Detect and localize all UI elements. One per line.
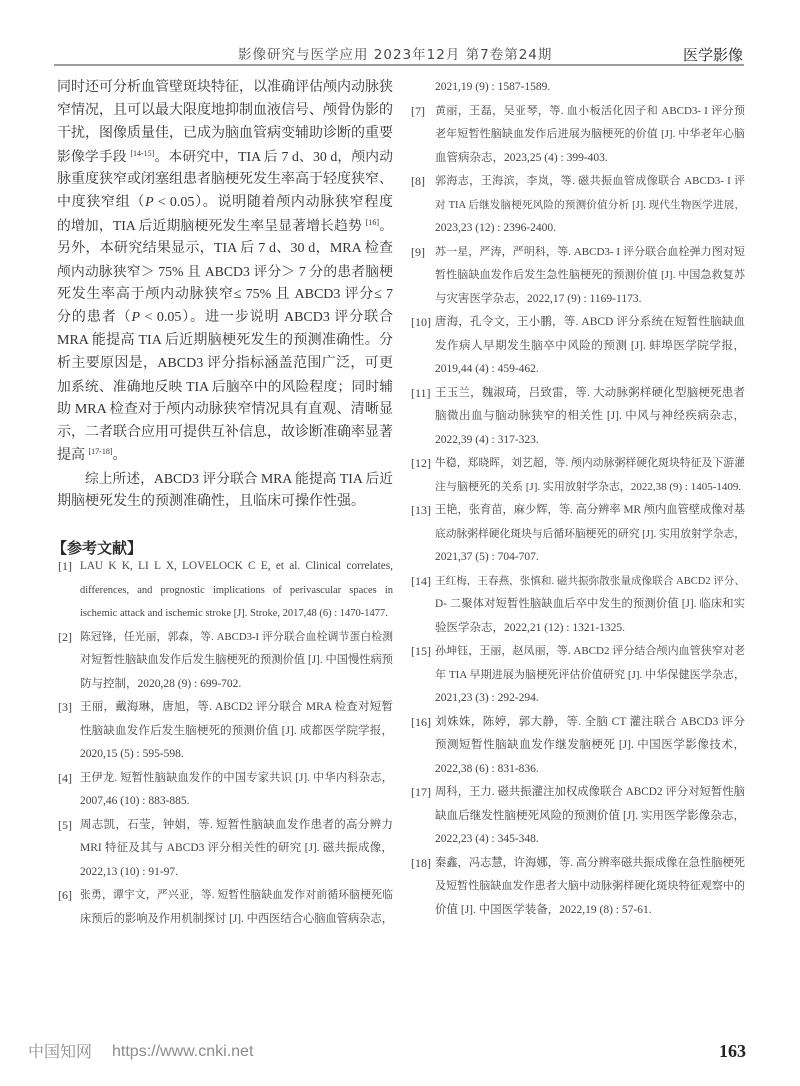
- body-line: 示，二者联合应用可提供互补信息，故诊断准确率显著: [57, 421, 393, 444]
- reference-item: [2] 陈冠锋，任光丽，郭森，等. ABCD3-I 评分联合血栓调节蛋白检测 对…: [57, 626, 393, 697]
- reference-line: LAU K K, LI L X, LOVELOCK C E, et al. Cl…: [80, 555, 393, 579]
- reference-item: [18] 秦鑫，冯志慧，许海娜，等. 高分辨率磁共振成像在急性脑梗死 及短暂性脑…: [410, 852, 745, 923]
- reference-line: 2021,23 (3) : 292-294.: [435, 687, 745, 711]
- reference-line: 对 TIA 后继发脑梗死风险的预测价值分析 [J]. 现代生物医学进展，: [435, 194, 745, 218]
- reference-line: 陈冠锋，任光丽，郭森，等. ABCD3-I 评分联合血栓调节蛋白检测: [80, 626, 393, 650]
- reference-number: [9]: [411, 241, 425, 265]
- reference-number: [16]: [411, 711, 431, 735]
- reference-item: [7] 黄丽，王磊，吴亚琴，等. 血小板活化因子和 ABCD3- I 评分预测 …: [410, 100, 745, 171]
- header-divider: [54, 64, 744, 66]
- reference-item: [4] 王伊龙. 短暂性脑缺血发作的中国专家共识 [J]. 中华内科杂志， 20…: [57, 767, 393, 814]
- reference-number: [6]: [58, 884, 72, 908]
- reference-item: [15] 孙坤钰，王丽，赵凤丽，等. ABCD2 评分结合颅内血管狭窄对老 年 …: [410, 640, 745, 711]
- reference-item: [17] 周科，王力. 磁共振灌注加权成像联合 ABCD2 评分对短暂性脑 缺血…: [410, 781, 745, 852]
- reference-number: [8]: [411, 170, 425, 194]
- reference-line: 周志凯，石莹，钟娟，等. 短暂性脑缺血发作患者的高分辨力: [80, 814, 393, 838]
- line-text: 。: [113, 448, 127, 463]
- reference-number: [11]: [411, 382, 431, 406]
- reference-number: [2]: [58, 626, 72, 650]
- line-text: 提高: [57, 448, 89, 463]
- reference-item: [10] 唐海，孔令文，王小鹏，等. ABCD 评分系统在短暂性脑缺血 发作病人…: [410, 311, 745, 382]
- reference-line: ischemic attack and ischemic stroke [J].…: [80, 602, 393, 626]
- reference-item: [14] 王红梅，王春燕，张慎和. 磁共振弥散张量成像联合 ABCD2 评分、 …: [410, 570, 745, 641]
- body-line: 颅内动脉狭窄＞ 75% 且 ABCD3 评分＞ 7 分的患者脑梗: [57, 260, 393, 283]
- reference-item: [6] 张勇，谭宇文，严兴亚，等. 短暂性脑缺血发作对前循环脑梗死临 床预后的影…: [57, 884, 393, 931]
- body-line: 同时还可分析血管壁斑块特征，以准确评估颅内动脉狭: [57, 76, 393, 99]
- reference-number: [3]: [58, 696, 72, 720]
- reference-line: 郭海志，王海滨，李岚，等. 磁共振血管成像联合 ABCD3- I 评分: [435, 170, 745, 194]
- body-line: 加系统、准确地反映 TIA 后脑卒中的风险程度；同时辅: [57, 375, 393, 398]
- reference-line: 暂性脑缺血发作后发生急性脑梗死的预测价值 [J]. 中国急救复苏: [435, 264, 745, 288]
- reference-number: [1]: [58, 555, 72, 579]
- body-line: 助 MRA 检查对于颅内动脉狭窄情况具有直观、清晰显: [57, 398, 393, 421]
- line-text: 的增加，TIA 后近期脑梗死发生率呈显著增长趋势: [57, 218, 366, 233]
- journal-info: 影像研究与医学应用 2023年12月 第7卷第24期: [238, 46, 552, 64]
- reference-line: 注与脑梗死的关系 [J]. 实用放射学杂志，2022,38 (9) : 1405…: [435, 476, 745, 500]
- body-line: 析主要原因是，ABCD3 评分指标涵盖范围广泛，可更: [57, 352, 393, 375]
- reference-item: [8] 郭海志，王海滨，李岚，等. 磁共振血管成像联合 ABCD3- I 评分 …: [410, 170, 745, 241]
- reference-line: 验医学杂志，2022,21 (12) : 1321-1325.: [435, 617, 745, 641]
- reference-line: 苏一星，严涛，严明科，等. ABCD3- I 评分联合血栓弹力图对短: [435, 241, 745, 265]
- reference-line: 周科，王力. 磁共振灌注加权成像联合 ABCD2 评分对短暂性脑: [435, 781, 745, 805]
- body-line: 的增加，TIA 后近期脑梗死发生率呈显著增长趋势 [16]。: [57, 214, 393, 237]
- reference-line: 及短暂性脑缺血发作患者大脑中动脉粥样硬化斑块特征观察中的: [435, 875, 745, 899]
- body-line: 死发生率高于颅内动脉狭窄≤ 75% 且 ABCD3 评分≤ 7: [57, 283, 393, 306]
- reference-line: 刘姝姝，陈婷，郭大静，等. 全脑 CT 灌注联合 ABCD3 评分: [435, 711, 745, 735]
- reference-line: 2022,39 (4) : 317-323.: [435, 429, 745, 453]
- reference-line: 唐海，孔令文，王小鹏，等. ABCD 评分系统在短暂性脑缺血: [435, 311, 745, 335]
- reference-line: 发作病人早期发生脑卒中风险的预测 [J]. 蚌埠医学院学报，: [435, 335, 745, 359]
- reference-item: [1] LAU K K, LI L X, LOVELOCK C E, et al…: [57, 555, 393, 626]
- reference-line: 底动脉粥样硬化斑块与后循环脑梗死的研究 [J]. 实用放射学杂志，: [435, 523, 745, 547]
- reference-line: 王丽，戴海琳，唐旭，等. ABCD2 评分联合 MRA 检查对短暂: [80, 696, 393, 720]
- reference-item: [11] 王玉兰，魏淑琦，吕致雷，等. 大动脉粥样硬化型脑梗死患者 脑微出血与脑…: [410, 382, 745, 453]
- section-title: 医学影像: [683, 45, 743, 65]
- reference-line: 王伊龙. 短暂性脑缺血发作的中国专家共识 [J]. 中华内科杂志，: [80, 767, 393, 791]
- reference-line: 老年短暂性脑缺血发作后进展为脑梗死的价值 [J]. 中华老年心脑: [435, 123, 745, 147]
- reference-line: differences, and prognostic implications…: [80, 579, 393, 603]
- reference-line: 孙坤钰，王丽，赵凤丽，等. ABCD2 评分结合颅内血管狭窄对老: [435, 640, 745, 664]
- reference-line: 血管病杂志，2023,25 (4) : 399-403.: [435, 147, 745, 171]
- reference-item: [13] 王艳，张育苗，麻少辉，等. 高分辨率 MR 颅内血管壁成像对基 底动脉…: [410, 499, 745, 570]
- reference-number: [14]: [411, 570, 431, 594]
- reference-line: 对短暂性脑缺血发作后发生脑梗死的预测价值 [J]. 中国慢性病预: [80, 649, 393, 673]
- reference-number: [7]: [411, 100, 425, 124]
- reference-list-left: [1] LAU K K, LI L X, LOVELOCK C E, et al…: [57, 555, 393, 931]
- body-text: 同时还可分析血管壁斑块特征，以准确评估颅内动脉狭 窄情况，且可以最大限度地抑制血…: [57, 76, 393, 513]
- reference-number: [15]: [411, 640, 431, 664]
- reference-line: 2019,44 (4) : 459-462.: [435, 358, 745, 382]
- reference-line: 2020,15 (5) : 595-598.: [80, 743, 393, 767]
- reference-line: 性脑缺血发作后发生脑梗死的预测价值 [J]. 成都医学院学报，: [80, 720, 393, 744]
- reference-item: [3] 王丽，戴海琳，唐旭，等. ABCD2 评分联合 MRA 检查对短暂 性脑…: [57, 696, 393, 767]
- reference-number: [13]: [411, 499, 431, 523]
- line-text: < 0.05）。进一步说明 ABCD3 评分联合: [140, 310, 393, 325]
- reference-line: MRI 特征及其与 ABCD3 评分相关性的研究 [J]. 磁共振成像，: [80, 837, 393, 861]
- body-line: 综上所述，ABCD3 评分联合 MRA 能提高 TIA 后近: [57, 467, 393, 490]
- reference-line: 2021,37 (5) : 704-707.: [435, 546, 745, 570]
- reference-line: 黄丽，王磊，吴亚琴，等. 血小板活化因子和 ABCD3- I 评分预测: [435, 100, 745, 124]
- cnki-site-name: 中国知网: [28, 1042, 92, 1062]
- body-line: 另外，本研究结果显示，TIA 后 7 d、30 d，MRA 检查: [57, 237, 393, 260]
- citation-superscript[interactable]: [14-15]: [130, 149, 154, 158]
- line-text: 分的患者（: [57, 310, 132, 325]
- reference-number: [17]: [411, 781, 431, 805]
- line-text: 中度狭窄组（: [57, 195, 145, 210]
- citation-superscript[interactable]: [16]: [366, 218, 379, 227]
- reference-number: [18]: [411, 852, 431, 876]
- body-line: 中度狭窄组（P < 0.05）。说明随着颅内动脉狭窄程度: [57, 191, 393, 214]
- line-text: < 0.05）。说明随着颅内动脉狭窄程度: [154, 195, 393, 210]
- reference-item-continued: 2021,19 (9) : 1587-1589.: [410, 76, 745, 100]
- line-text: 。: [379, 218, 393, 233]
- reference-line: 与灾害医学杂志，2022,17 (9) : 1169-1173.: [435, 288, 745, 312]
- body-line: 分的患者（P < 0.05）。进一步说明 ABCD3 评分联合: [57, 306, 393, 329]
- reference-line: 王艳，张育苗，麻少辉，等. 高分辨率 MR 颅内血管壁成像对基: [435, 499, 745, 523]
- page-number: 163: [719, 1040, 746, 1062]
- body-line: 影像学手段 [14-15]。本研究中，TIA 后 7 d、30 d，颅内动: [57, 145, 393, 168]
- reference-item: [5] 周志凯，石莹，钟娟，等. 短暂性脑缺血发作患者的高分辨力 MRI 特征及…: [57, 814, 393, 885]
- reference-item: [12] 牛稳，郑晓晖，刘艺超，等. 颅内动脉粥样硬化斑块特征及下游灌 注与脑梗…: [410, 452, 745, 499]
- reference-line: 缺血后继发性脑梗死风险的预测价值 [J]. 实用医学影像杂志，: [435, 805, 745, 829]
- reference-line: 2007,46 (10) : 883-885.: [80, 790, 393, 814]
- reference-number: [12]: [411, 452, 431, 476]
- line-text: 。本研究中，TIA 后 7 d、30 d，颅内动: [154, 149, 393, 164]
- reference-line: 牛稳，郑晓晖，刘艺超，等. 颅内动脉粥样硬化斑块特征及下游灌: [435, 452, 745, 476]
- body-line: 期脑梗死发生的预测准确性，且临床可操作性强。: [57, 490, 393, 513]
- p-value-symbol: P: [132, 310, 141, 325]
- body-line: MRA 能提高 TIA 后近期脑梗死发生的预测准确性。分: [57, 329, 393, 352]
- reference-item: [16] 刘姝姝，陈婷，郭大静，等. 全脑 CT 灌注联合 ABCD3 评分 预…: [410, 711, 745, 782]
- body-line: 干扰，图像质量佳，已成为脑血管病变辅助诊断的重要: [57, 122, 393, 145]
- reference-line: 张勇，谭宇文，严兴亚，等. 短暂性脑缺血发作对前循环脑梗死临: [80, 884, 393, 908]
- reference-number: [5]: [58, 814, 72, 838]
- reference-line: 脑微出血与脑动脉狭窄的相关性 [J]. 中风与神经疾病杂志，: [435, 405, 745, 429]
- reference-line: 2022,13 (10) : 91-97.: [80, 861, 393, 885]
- body-line: 脉重度狭窄或闭塞组患者脑梗死发生率高于轻度狭窄、: [57, 168, 393, 191]
- reference-line: 2023,23 (12) : 2396-2400.: [435, 217, 745, 241]
- reference-line: 防与控制，2020,28 (9) : 699-702.: [80, 673, 393, 697]
- reference-number: [10]: [411, 311, 431, 335]
- line-text: 影像学手段: [57, 149, 130, 164]
- reference-line: 秦鑫，冯志慧，许海娜，等. 高分辨率磁共振成像在急性脑梗死: [435, 852, 745, 876]
- cnki-url-link[interactable]: https://www.cnki.net: [112, 1042, 253, 1062]
- reference-line: 2022,23 (4) : 345-348.: [435, 828, 745, 852]
- reference-line: 价值 [J]. 中国医学装备，2022,19 (8) : 57-61.: [435, 899, 745, 923]
- reference-line: 王玉兰，魏淑琦，吕致雷，等. 大动脉粥样硬化型脑梗死患者: [435, 382, 745, 406]
- reference-line: 2021,19 (9) : 1587-1589.: [435, 76, 745, 100]
- reference-line: 2022,38 (6) : 831-836.: [435, 758, 745, 782]
- reference-line: 预测短暂性脑缺血发作继发脑梗死 [J]. 中国医学影像技术，: [435, 734, 745, 758]
- citation-superscript[interactable]: [17-18]: [89, 447, 113, 456]
- reference-number: [4]: [58, 767, 72, 791]
- body-line: 提高 [17-18]。: [57, 444, 393, 467]
- reference-item: [9] 苏一星，严涛，严明科，等. ABCD3- I 评分联合血栓弹力图对短 暂…: [410, 241, 745, 312]
- reference-line: D- 二聚体对短暂性脑缺血后卒中发生的预测价值 [J]. 临床和实: [435, 593, 745, 617]
- reference-line: 年 TIA 早期进展为脑梗死评估价值研究 [J]. 中华保健医学杂志，: [435, 664, 745, 688]
- reference-line: 王红梅，王春燕，张慎和. 磁共振弥散张量成像联合 ABCD2 评分、: [435, 570, 745, 594]
- p-value-symbol: P: [145, 195, 154, 210]
- reference-line: 床预后的影响及作用机制探讨 [J]. 中西医结合心脑血管病杂志，: [80, 908, 393, 932]
- body-line: 窄情况，且可以最大限度地抑制血液信号、颅骨伪影的: [57, 99, 393, 122]
- reference-list-right: 2021,19 (9) : 1587-1589. [7] 黄丽，王磊，吴亚琴，等…: [410, 76, 745, 922]
